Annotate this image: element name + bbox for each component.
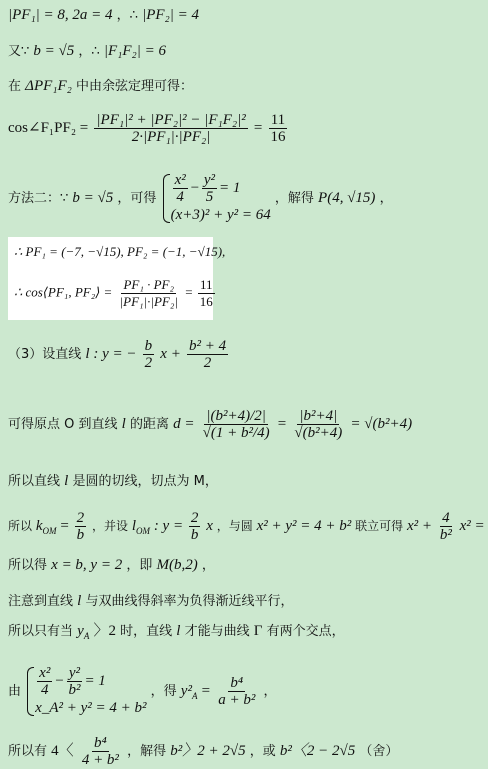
line-distance: 可得原点 O 到直线 l 的距离 d = |(b²+4)/2|√(1 + b²/… <box>8 408 412 441</box>
fraction-cosine: |PF₁|² + |PF₂|² − |F₁F₂|² 2·|PF₁|·|PF₂| <box>94 112 247 145</box>
numerator: |(b²+4)/2| <box>204 408 268 425</box>
text: 在 <box>8 79 21 94</box>
math-m: M(b,2) <box>157 557 198 573</box>
math-circle: x² + y² = 4 + b² <box>257 518 352 534</box>
text: 所以直线 <box>8 474 60 489</box>
text: 所以 <box>8 519 32 533</box>
line-condition: 所以只有当 yA 〉2 时，直线 l 才能与曲线 Γ 有两个交点， <box>8 622 345 645</box>
line-asymptote: 注意到直线 l 与双曲线得斜率为负得渐近线平行， <box>8 592 293 611</box>
numerator: b⁴ <box>92 735 109 752</box>
numerator: b⁴ <box>228 675 245 692</box>
math: : y = <box>154 518 183 534</box>
numerator: y² <box>67 665 82 682</box>
subscript: A <box>84 631 90 641</box>
line-tangent: 所以直线 l 是圆的切线，切点为 M， <box>8 472 218 491</box>
text: 联立可得 <box>355 519 403 533</box>
text: （3）设直线 <box>8 347 81 362</box>
text: ， <box>202 558 215 573</box>
math: b²〉2 + 2√5 <box>170 743 245 759</box>
numerator: 4 <box>440 510 452 527</box>
text: ，或 <box>250 744 276 759</box>
text: 由 <box>8 684 21 699</box>
subscript: OM <box>43 526 57 536</box>
math: x + <box>160 346 181 362</box>
math-l: l <box>77 593 81 609</box>
text: ， <box>380 191 393 206</box>
denominator: 4 <box>39 682 51 698</box>
vector-cosine: ∴ cos⟨PF₁, PF₂⟩ = PF₁ · PF₂|PF₁|·|PF₂| =… <box>14 277 217 310</box>
math: 〉2 <box>93 623 116 639</box>
line-point-m: 所以得 x = b, y = 2 ，即 M(b,2) ， <box>8 556 215 575</box>
math: x = b, y = 2 <box>51 557 122 573</box>
math-result: = √(b²+4) <box>350 416 412 432</box>
denominator: b² <box>66 682 82 698</box>
text: 是圆的切线，切点为 M， <box>72 474 217 489</box>
math-lhs: ∴ cos⟨PF₁, PF₂⟩ = <box>14 284 112 299</box>
denominator: 2 <box>202 355 214 371</box>
line-pf-lengths: |PF₁| = 8, 2a = 4 ，∴ |PF₂| = 4 <box>8 6 199 25</box>
math-b: b = √5 <box>72 190 113 206</box>
line-cosine-formula: cos∠F₁PF₂ = |PF₁|² + |PF₂|² − |F₁F₂|² 2·… <box>8 112 289 145</box>
denominator: 16 <box>198 294 215 310</box>
text: 时，直线 <box>120 624 172 639</box>
text: 注意到直线 <box>8 594 73 609</box>
embedded-solution-image: ∴ PF₁ = (−7, −√15), PF₂ = (−1, −√15), ∴ … <box>8 237 213 320</box>
text: ，解得 <box>127 744 166 759</box>
text: ，可得 <box>117 191 156 206</box>
math-triangle: ΔPF₁F₂ <box>25 78 72 94</box>
math-y: y² <box>181 683 192 699</box>
sep: ，∴ <box>117 8 138 23</box>
line-b-value: 又∵ b = √5 ，∴ |F₁F₂| = 6 <box>8 42 166 61</box>
denominator: a + b² <box>216 692 257 708</box>
numerator: 11 <box>269 112 287 129</box>
numerator: |PF₁|² + |PF₂|² − |F₁F₂|² <box>94 112 247 129</box>
math-b: b = √5 <box>33 43 74 59</box>
text: 所以得 <box>8 558 47 573</box>
fraction-result: 11 16 <box>268 112 287 145</box>
minus: − <box>190 180 200 196</box>
line-slope-om: 所以 kOM = 2b ，并设 lOM : y = 2b x ，与圆 x² + … <box>8 510 488 543</box>
numerator: 2 <box>189 510 201 527</box>
math-l: l <box>122 416 126 432</box>
vector-values: ∴ PF₁ = (−7, −√15), PF₂ = (−1, −√15), <box>14 243 225 261</box>
numerator: x² <box>37 665 52 682</box>
text: （舍） <box>359 744 398 759</box>
numerator: b <box>143 338 155 355</box>
math-x: x <box>206 518 213 534</box>
math-y: y <box>77 623 84 639</box>
line-part3-line: （3）设直线 l : y = − b2 x + b² + 42 <box>8 338 230 371</box>
sep: ，∴ <box>78 44 99 59</box>
equals: = <box>254 120 262 136</box>
denominator: b <box>75 527 87 543</box>
math-l: l <box>176 623 180 639</box>
line-cosine-law-intro: 在 ΔPF₁F₂ 中由余弦定理可得： <box>8 77 193 96</box>
math-f1f2: |F₁F₂| = 6 <box>104 43 166 59</box>
math-pf1: |PF₁| = 8, 2a = 4 <box>8 7 113 23</box>
line-final-inequality: 所以有 4〈 b⁴4 + b² ，解得 b²〉2 + 2√5 ，或 b²〈2 −… <box>8 735 398 768</box>
denominator: √(1 + b²/4) <box>201 425 272 441</box>
text: 所以有 <box>8 744 47 759</box>
numerator: y² <box>202 172 217 189</box>
denominator: b <box>189 527 201 543</box>
equation-system: x²4−y²b²= 1 x_A² + y² = 4 + b² <box>25 665 146 718</box>
math: x² + <box>407 518 432 534</box>
denominator: |PF₁|·|PF₂| <box>118 294 180 310</box>
denominator: 2·|PF₁|·|PF₂| <box>130 129 213 145</box>
math: 4〈 <box>51 743 74 759</box>
denominator: 4 <box>174 189 186 205</box>
text: 又∵ <box>8 44 29 59</box>
text: 方法二：∵ <box>8 191 68 206</box>
text: 才能与曲线 <box>185 624 250 639</box>
numerator: 2 <box>75 510 87 527</box>
text: ，并设 <box>92 519 128 533</box>
text: ， <box>263 684 276 699</box>
subscript: A <box>192 691 198 701</box>
math: b²〈2 − 2√5 <box>280 743 355 759</box>
math-d: d = <box>173 416 194 432</box>
math-pf2: |PF₂| = 4 <box>142 7 199 23</box>
line-system-ya: 由 x²4−y²b²= 1 x_A² + y² = 4 + b² ，得 y²A … <box>8 665 276 718</box>
text: 与双曲线得斜率为负得渐近线平行， <box>85 594 293 609</box>
math-k: k <box>36 518 43 534</box>
text: ，即 <box>126 558 152 573</box>
text: 有两个交点， <box>267 624 345 639</box>
text: 可得原点 O 到直线 <box>8 417 118 432</box>
system-row-2: x_A² + y² = 4 + b² <box>35 698 146 718</box>
text: ，解得 <box>275 191 314 206</box>
text: 所以只有当 <box>8 624 73 639</box>
denominator: 4 + b² <box>80 752 121 768</box>
denominator: b² <box>438 527 454 543</box>
text: ，得 <box>151 684 177 699</box>
text: 中由余弦定理可得： <box>76 79 193 94</box>
numerator: PF₁ · PF₂ <box>121 277 176 294</box>
equals: = <box>278 416 286 432</box>
math-point-p: P(4, √15) <box>318 190 375 206</box>
numerator: x² <box>173 172 188 189</box>
system-row-2: (x+3)² + y² = 64 <box>171 205 271 225</box>
numerator: 11 <box>198 277 215 294</box>
rhs: = 1 <box>84 673 105 689</box>
math-gamma: Γ <box>254 623 263 639</box>
math: x² = 4 + b² <box>460 518 488 534</box>
subscript: OM <box>136 526 150 536</box>
equation-system: x²4−y²5= 1 (x+3)² + y² = 64 <box>161 172 271 225</box>
math: l : y = − <box>85 346 136 362</box>
equals: = <box>60 518 68 534</box>
numerator: |b²+4| <box>297 408 339 425</box>
equals: = <box>202 683 210 699</box>
denominator: 16 <box>268 129 287 145</box>
text: ，与圆 <box>217 519 253 533</box>
minus: − <box>54 673 64 689</box>
denominator: √(b²+4) <box>292 425 344 441</box>
text: 的距离 <box>130 417 169 432</box>
math-lhs: cos∠F₁PF₂ = <box>8 120 88 136</box>
equals: = <box>185 284 192 299</box>
line-method-two: 方法二：∵ b = √5 ，可得 x²4−y²5= 1 (x+3)² + y² … <box>8 172 393 225</box>
numerator: b² + 4 <box>187 338 228 355</box>
rhs: = 1 <box>219 180 240 196</box>
denominator: 2 <box>143 355 155 371</box>
denominator: 5 <box>204 189 216 205</box>
math-l: l <box>64 473 68 489</box>
